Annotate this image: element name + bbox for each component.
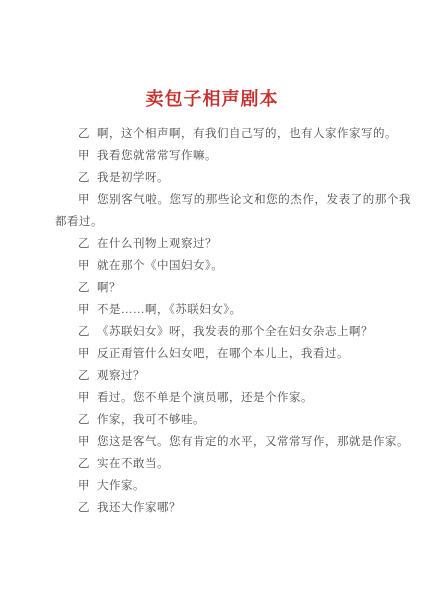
- speaker-label: 乙: [78, 282, 90, 294]
- script-body: 乙啊，这个相声啊，有我们自己写的，也有人家作家写的。 甲我看您就常常写作嘛。 乙…: [0, 108, 424, 519]
- dialogue-text: 您这是客气。您有肯定的水平，又常常写作，那就是作家。: [97, 436, 409, 448]
- dialogue-line: 甲您这是客气。您有肯定的水平，又常常写作，那就是作家。: [55, 431, 411, 453]
- dialogue-text: 我还大作家哪？: [97, 502, 181, 514]
- dialogue-text: 我看您就常常写作嘛。: [97, 150, 217, 162]
- speaker-label: 乙: [78, 458, 90, 470]
- dialogue-line: 乙在什么刊物上观察过？: [55, 233, 411, 255]
- speaker-label: 甲: [78, 194, 90, 206]
- speaker-label: 乙: [78, 414, 90, 426]
- document-page: 卖包子相声剧本 乙啊，这个相声啊，有我们自己写的，也有人家作家写的。 甲我看您就…: [0, 0, 424, 600]
- dialogue-text: 不是……啊，《苏联妇女》。: [97, 304, 242, 316]
- dialogue-text: 啊？: [97, 282, 121, 294]
- dialogue-line: 乙啊？: [55, 277, 411, 299]
- dialogue-text: 我是初学呀。: [97, 172, 169, 184]
- dialogue-line: 乙我是初学呀。: [55, 167, 411, 189]
- dialogue-line: 甲看过。您不单是个演员哪，还是个作家。: [55, 387, 411, 409]
- speaker-label: 乙: [78, 370, 90, 382]
- dialogue-text: 《苏联妇女》呀，我发表的那个全在妇女杂志上啊？: [97, 326, 373, 338]
- page-title: 卖包子相声剧本: [0, 0, 424, 108]
- dialogue-line: 乙我还大作家哪？: [55, 497, 411, 519]
- speaker-label: 甲: [78, 392, 90, 404]
- speaker-label: 乙: [78, 128, 90, 140]
- dialogue-line: 乙作家，我可不够哇。: [55, 409, 411, 431]
- dialogue-line: 乙观察过？: [55, 365, 411, 387]
- dialogue-text: 在什么刊物上观察过？: [97, 238, 217, 250]
- speaker-label: 甲: [78, 348, 90, 360]
- dialogue-text: 大作家。: [97, 480, 145, 492]
- speaker-label: 乙: [78, 172, 90, 184]
- speaker-label: 乙: [78, 326, 90, 338]
- speaker-label: 甲: [78, 304, 90, 316]
- dialogue-text: 看过。您不单是个演员哪，还是个作家。: [97, 392, 313, 404]
- dialogue-line: 甲不是……啊，《苏联妇女》。: [55, 299, 411, 321]
- dialogue-text: 实在不敢当。: [97, 458, 169, 470]
- speaker-label: 甲: [78, 436, 90, 448]
- speaker-label: 乙: [78, 238, 90, 250]
- dialogue-line: 甲反正甭管什么妇女吧，在哪个本儿上，我看过。: [55, 343, 411, 365]
- speaker-label: 甲: [78, 260, 90, 272]
- dialogue-line: 甲就在那个《中国妇女》。: [55, 255, 411, 277]
- dialogue-text: 啊，这个相声啊，有我们自己写的，也有人家作家写的。: [97, 128, 397, 140]
- speaker-label: 甲: [78, 150, 90, 162]
- speaker-label: 甲: [78, 480, 90, 492]
- dialogue-text: 作家，我可不够哇。: [97, 414, 205, 426]
- dialogue-line: 乙实在不敢当。: [55, 453, 411, 475]
- speaker-label: 乙: [78, 502, 90, 514]
- dialogue-line: 甲我看您就常常写作嘛。: [55, 145, 411, 167]
- dialogue-text: 反正甭管什么妇女吧，在哪个本儿上，我看过。: [97, 348, 349, 360]
- dialogue-line: 甲大作家。: [55, 475, 411, 497]
- dialogue-text: 您别客气啦。您写的那些论文和您的杰作，发表了的那个我都看过。: [55, 194, 411, 228]
- dialogue-text: 观察过？: [97, 370, 145, 382]
- dialogue-line: 乙《苏联妇女》呀，我发表的那个全在妇女杂志上啊？: [55, 321, 411, 343]
- dialogue-line: 甲您别客气啦。您写的那些论文和您的杰作，发表了的那个我都看过。: [55, 189, 411, 233]
- dialogue-text: 就在那个《中国妇女》。: [97, 260, 223, 272]
- dialogue-line: 乙啊，这个相声啊，有我们自己写的，也有人家作家写的。: [55, 123, 411, 145]
